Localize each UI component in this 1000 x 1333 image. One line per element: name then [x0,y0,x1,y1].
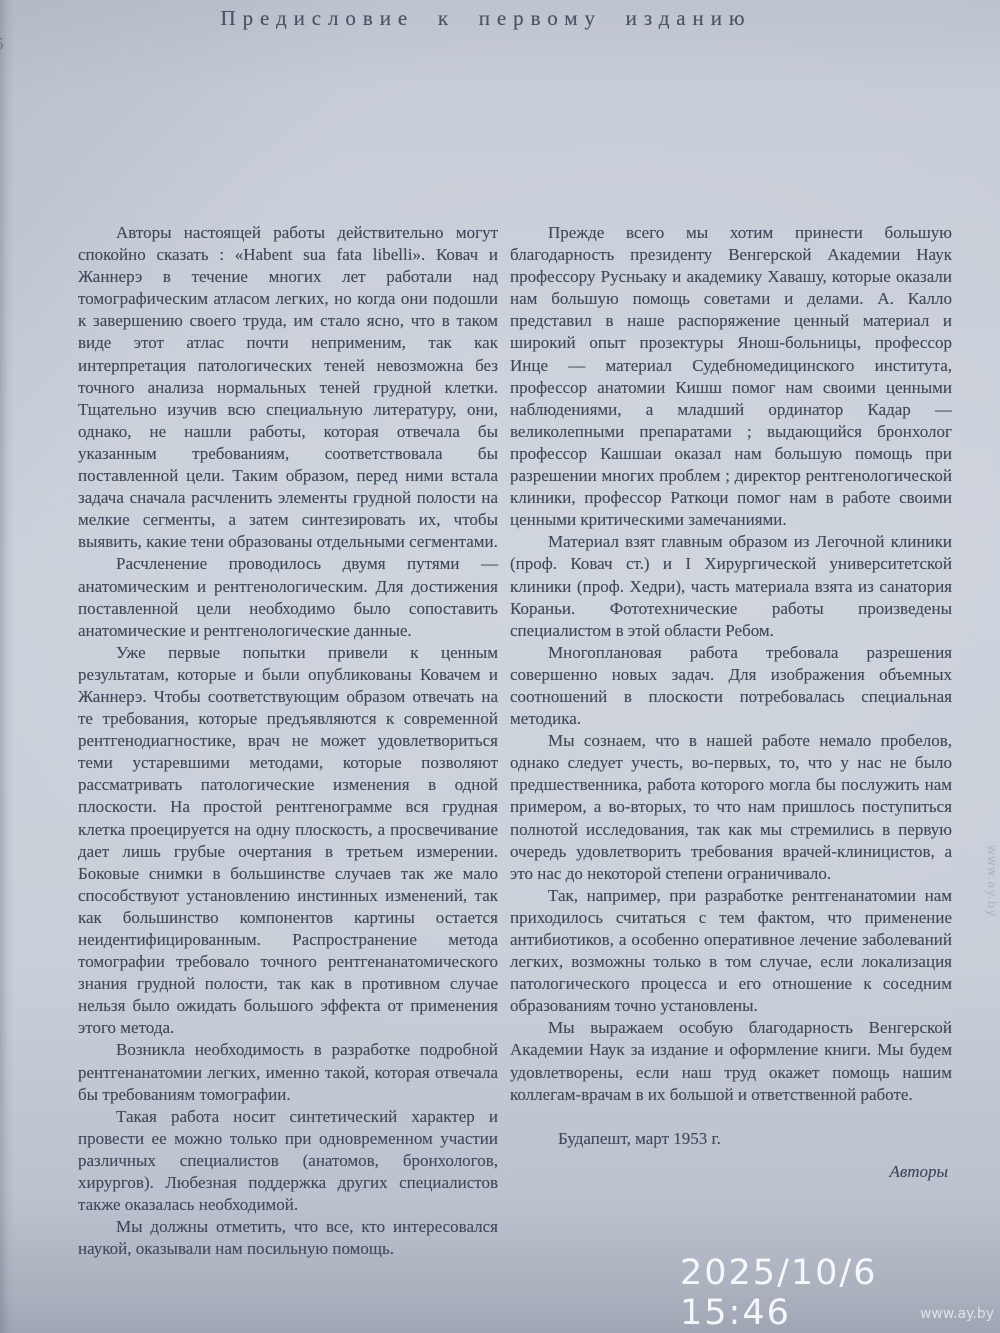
paragraph: Возникла необходимость в разработке подр… [78,1039,498,1105]
left-column: Авторы настоящей работы действительно мо… [78,222,498,1260]
paragraph: Многоплановая работа требовала разрешени… [510,642,952,730]
camera-date: 2025/10/6 [680,1253,877,1293]
paragraph: Расчленение проводилось двумя путями — а… [78,553,498,641]
paragraph: Такая работа носит синтетический характе… [78,1106,498,1216]
paragraph: Мы выражаем особую благодарность Венгерс… [510,1017,952,1105]
page-edge-shadow [0,0,14,1333]
paragraph: Мы сознаем, что в нашей работе немало пр… [510,730,952,885]
right-column: Прежде всего мы хотим принести большую б… [510,222,952,1260]
dateline: Будапешт, март 1953 г. [510,1128,952,1150]
paragraph: Мы должны отметить, что все, кто интерес… [78,1216,498,1260]
watermark-bottom-right: www.ay.by [920,1306,994,1322]
paragraph: Авторы настоящей работы действительно мо… [78,222,498,553]
text-columns: Авторы настоящей работы действительно мо… [78,222,952,1260]
page-edge-partial-glyph: 5 [0,34,4,54]
camera-time: 15:46 [680,1293,791,1333]
page-title: Предисловие к первому изданию [0,6,972,31]
watermark-right-edge: www.ay.by [985,845,999,917]
paragraph: Уже первые попытки привели к ценным резу… [78,642,498,1040]
paragraph: Материал взят главным образом из Легочно… [510,531,952,641]
paragraph: Так, например, при разработке рентгенана… [510,885,952,1018]
paragraph: Прежде всего мы хотим принести большую б… [510,222,952,531]
authors-signature: Авторы [510,1161,952,1183]
